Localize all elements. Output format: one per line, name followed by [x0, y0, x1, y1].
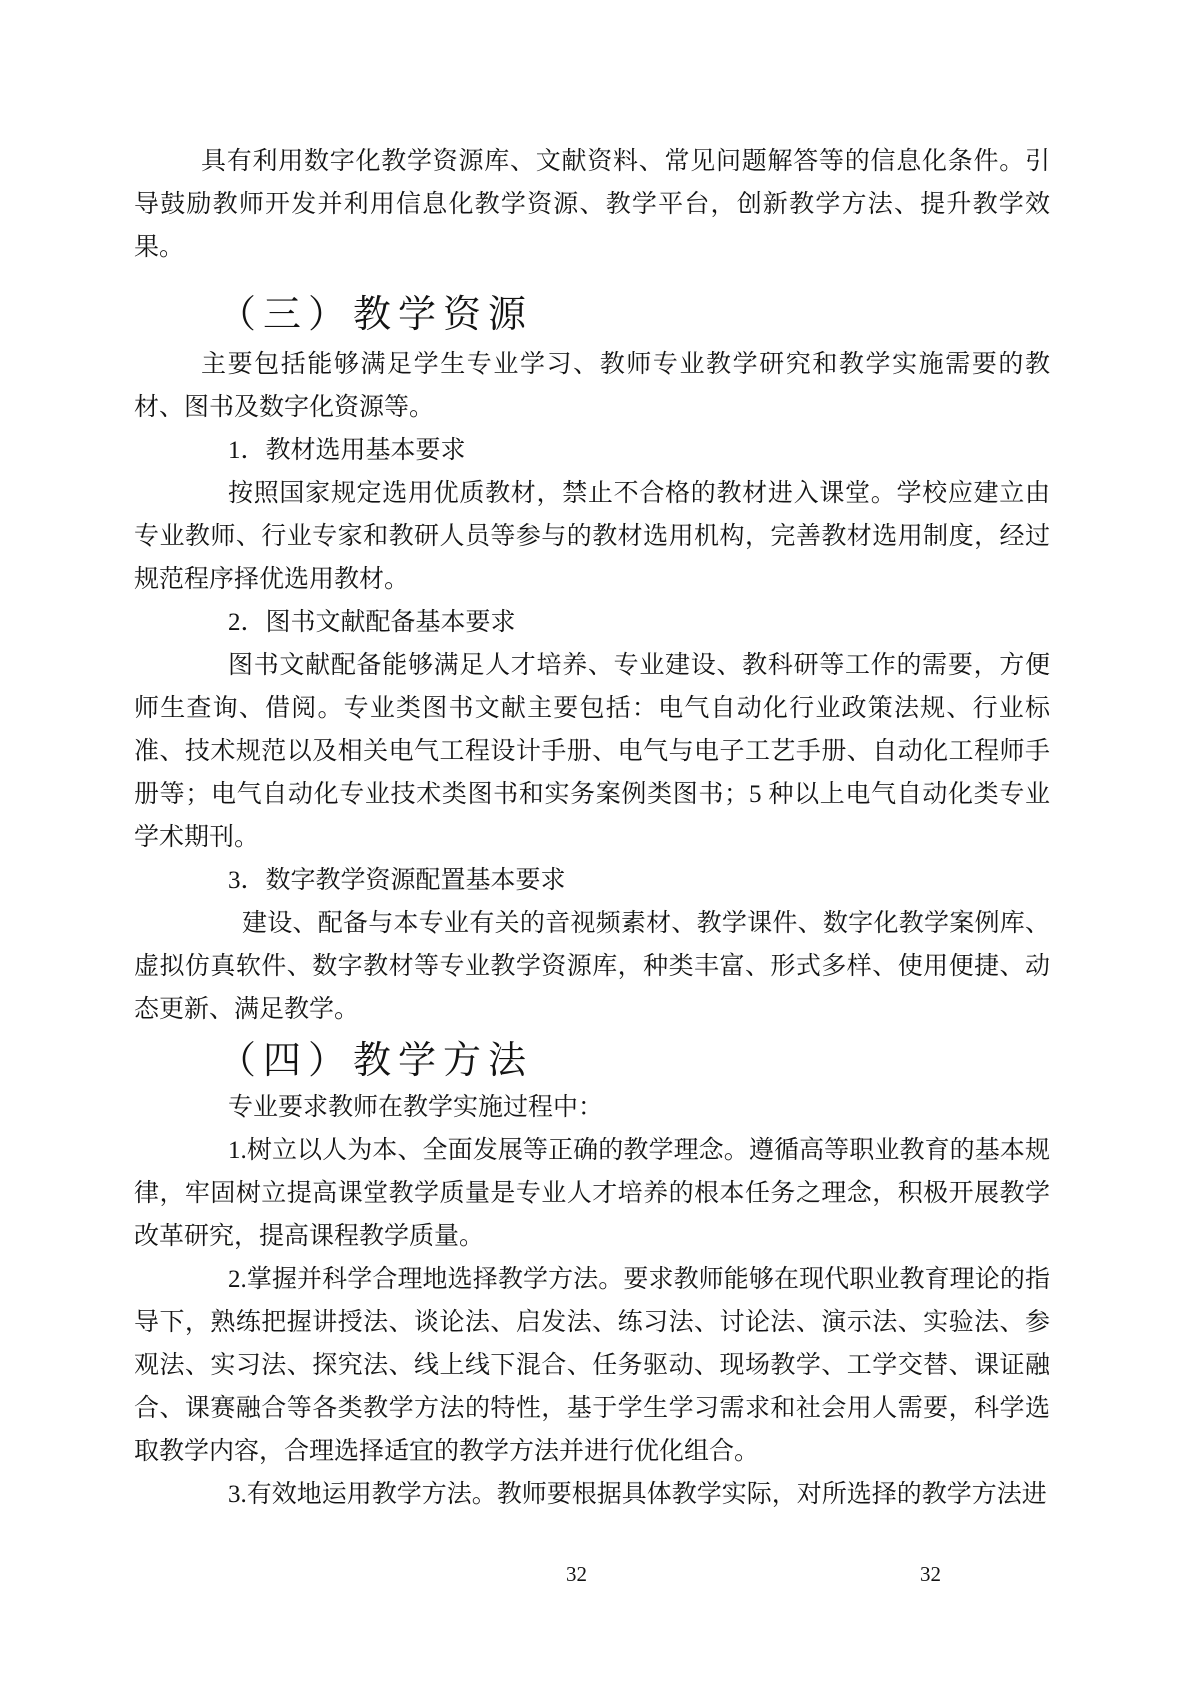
- para-digital-resources: 建设、配备与本专业有关的音视频素材、教学课件、数字化教学案例库、虚拟仿真软件、数…: [134, 902, 1050, 1031]
- page-number-center: 32: [566, 1561, 587, 1587]
- subhead-textbook-selection-requirements: 1．教材选用基本要求: [134, 429, 1050, 472]
- subhead-digital-resources-requirements: 3．数字教学资源配置基本要求: [134, 859, 1050, 902]
- para-teaching-methods-intro: 专业要求教师在教学实施过程中：: [134, 1086, 1050, 1129]
- subhead-library-literature-requirements: 2．图书文献配备基本要求: [134, 601, 1050, 644]
- para-teaching-resources-intro: 主要包括能够满足学生专业学习、教师专业教学研究和教学实施需要的教材、图书及数字化…: [134, 343, 1050, 429]
- heading-section-3-teaching-resources: （三）教学资源: [134, 290, 1050, 340]
- para-method-item-2: 2.掌握并科学合理地选择教学方法。要求教师能够在现代职业教育理论的指导下，熟练把…: [134, 1258, 1050, 1473]
- document-content: 具有利用数字化教学资源库、文献资料、常见问题解答等的信息化条件。引导鼓励教师开发…: [134, 140, 1050, 1516]
- para-informatization-conditions: 具有利用数字化教学资源库、文献资料、常见问题解答等的信息化条件。引导鼓励教师开发…: [134, 140, 1050, 269]
- heading-section-4-teaching-methods: （四）教学方法: [134, 1036, 1050, 1086]
- para-textbook-selection: 按照国家规定选用优质教材，禁止不合格的教材进入课堂。学校应建立由专业教师、行业专…: [134, 472, 1050, 601]
- para-method-item-1: 1.树立以人为本、全面发展等正确的教学理念。遵循高等职业教育的基本规律，牢固树立…: [134, 1129, 1050, 1258]
- document-page: 具有利用数字化教学资源库、文献资料、常见问题解答等的信息化条件。引导鼓励教师开发…: [0, 0, 1191, 1684]
- para-method-item-3: 3.有效地运用教学方法。教师要根据具体教学实际，对所选择的教学方法进: [134, 1473, 1050, 1516]
- para-library-literature: 图书文献配备能够满足人才培养、专业建设、教科研等工作的需要，方便师生查询、借阅。…: [134, 644, 1050, 859]
- page-number-right: 32: [920, 1561, 941, 1587]
